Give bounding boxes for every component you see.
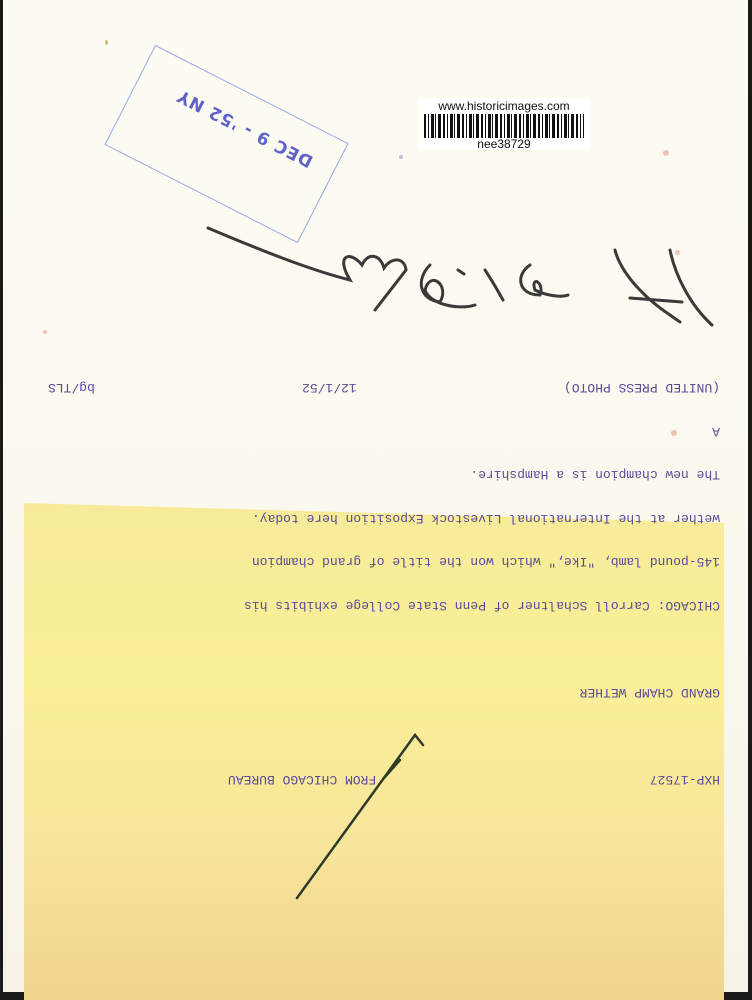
stain-speck [663,150,669,156]
press-caption: HXP-17527 FROM CHICAGO BUREAU GRAND CHAM… [48,615,720,815]
caption-footer-row: (UNITED PRESS PHOTO) 12/1/52 bg/TLS [48,380,720,395]
caption-headline: GRAND CHAMP WETHER [48,685,720,700]
caption-body-line: CHICAGO: Carroll Schaltner of Penn State… [48,598,720,613]
stain-speck [105,40,108,45]
stain-speck [399,155,403,159]
barcode-id: nee38729 [418,138,590,151]
caption-header-row: HXP-17527 FROM CHICAGO BUREAU [48,772,720,787]
barcode-icon [424,114,584,138]
barcode-label: www.historicimages.com nee38729 [418,98,590,150]
caption-body-line: wether at the International Livestock Ex… [48,511,720,526]
caption-body-line: 145-pound lamb, "Ike," which won the tit… [48,554,720,569]
handwritten-note-icon [200,210,730,330]
caption-marker: A [48,424,720,439]
caption-date: 12/1/52 [302,380,357,395]
caption-ref-number: HXP-17527 [650,772,720,787]
caption-bureau: FROM CHICAGO BUREAU [228,772,376,787]
barcode-url: www.historicimages.com [418,99,590,113]
caption-initials: bg/TLS [48,380,95,395]
caption-body-line: The new champion is a Hampshire. [48,467,720,482]
caption-credit: (UNITED PRESS PHOTO) [564,380,720,395]
stain-speck [43,330,47,334]
